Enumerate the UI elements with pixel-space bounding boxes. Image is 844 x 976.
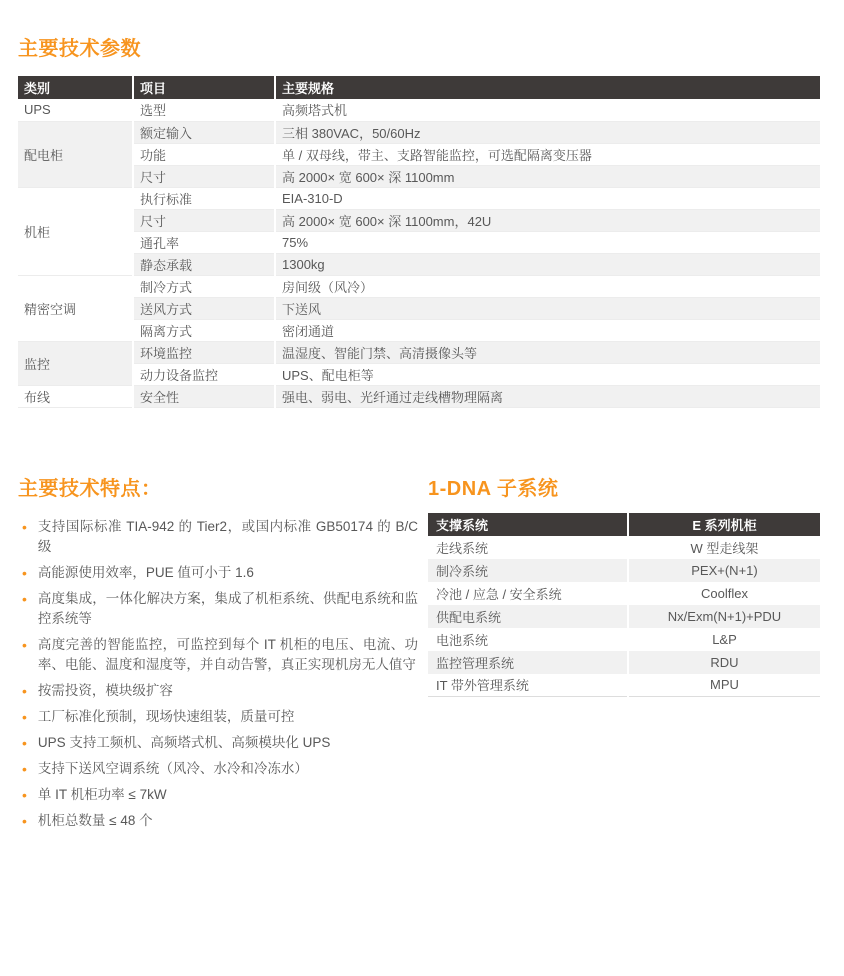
subsystem-section-title: 1-DNA 子系统 <box>428 472 820 501</box>
subsystem-value-cell: Coolflex <box>628 582 820 605</box>
table-row: 供配电系统 Nx/Exm(N+1)+PDU <box>428 605 820 628</box>
subsystem-value-cell: W 型走线架 <box>628 536 820 559</box>
list-item: • 高度完善的智能监控，可监控到每个 IT 机柜的电压、电流、功率、电能、温度和… <box>18 635 418 675</box>
subsystem-header-series: E 系列机柜 <box>628 513 820 536</box>
spec-cell: UPS、配电柜等 <box>275 363 820 385</box>
subsystem-name-cell: 供配电系统 <box>428 605 628 628</box>
item-cell: 静态承载 <box>133 253 275 275</box>
spec-cell: 高 2000× 宽 600× 深 1100mm <box>275 165 820 187</box>
spec-cell: 房间级（风冷） <box>275 275 820 297</box>
features-section-title: 主要技术特点： <box>18 472 418 501</box>
category-cell-power-dist: 配电柜 <box>18 121 133 187</box>
table-row: 隔离方式 密闭通道 <box>18 319 820 341</box>
item-cell: 制冷方式 <box>133 275 275 297</box>
table-row: 冷池 / 应急 / 安全系统 Coolflex <box>428 582 820 605</box>
category-cell-rack: 机柜 <box>18 187 133 275</box>
feature-text: 按需投资，模块级扩容 <box>38 681 418 701</box>
bullet-icon: • <box>18 635 27 675</box>
item-cell: 送风方式 <box>133 297 275 319</box>
specs-header-category: 类别 <box>18 76 133 99</box>
list-item: • 支持国际标准 TIA-942 的 Tier2，或国内标准 GB50174 的… <box>18 517 418 557</box>
feature-text: 支持下送风空调系统（风冷、水冷和冷冻水） <box>38 759 418 779</box>
table-row: 制冷系统 PEX+(N+1) <box>428 559 820 582</box>
table-row: 监控 环境监控 温湿度、智能门禁、高清摄像头等 <box>18 341 820 363</box>
item-cell: 环境监控 <box>133 341 275 363</box>
feature-text: 高度集成，一体化解决方案，集成了机柜系统、供配电系统和监控系统等 <box>38 589 418 629</box>
subsystem-name-cell: 走线系统 <box>428 536 628 559</box>
feature-text: 工厂标准化预制，现场快速组装，质量可控 <box>38 707 418 727</box>
table-row: 布线 安全性 强电、弱电、光纤通过走线槽物理隔离 <box>18 385 820 407</box>
table-row: 走线系统 W 型走线架 <box>428 536 820 559</box>
feature-text: 高能源使用效率，PUE 值可小于 1.6 <box>38 563 418 583</box>
spec-cell: 密闭通道 <box>275 319 820 341</box>
item-cell: 安全性 <box>133 385 275 407</box>
list-item: • 支持下送风空调系统（风冷、水冷和冷冻水） <box>18 759 418 779</box>
specs-table: 类别 项目 主要规格 UPS 选型 高频塔式机 配电柜 额定输入 三相 380V… <box>18 76 820 408</box>
spec-cell: 单 / 双母线，带主、支路智能监控，可选配隔离变压器 <box>275 143 820 165</box>
spec-cell: 三相 380VAC，50/60Hz <box>275 121 820 143</box>
subsystem-value-cell: PEX+(N+1) <box>628 559 820 582</box>
table-row: 监控管理系统 RDU <box>428 651 820 674</box>
bottom-two-column-area: 主要技术特点： • 支持国际标准 TIA-942 的 Tier2，或国内标准 G… <box>18 472 820 837</box>
bullet-icon: • <box>18 589 27 629</box>
table-row: 精密空调 制冷方式 房间级（风冷） <box>18 275 820 297</box>
spec-cell: 75% <box>275 231 820 253</box>
subsystem-name-cell: 制冷系统 <box>428 559 628 582</box>
list-item: • 高度集成，一体化解决方案，集成了机柜系统、供配电系统和监控系统等 <box>18 589 418 629</box>
item-cell: 额定输入 <box>133 121 275 143</box>
bullet-icon: • <box>18 681 27 701</box>
subsystem-value-cell: L&P <box>628 628 820 651</box>
subsystem-value-cell: RDU <box>628 651 820 674</box>
subsystem-value-cell: Nx/Exm(N+1)+PDU <box>628 605 820 628</box>
specs-header-row: 类别 项目 主要规格 <box>18 76 820 99</box>
category-cell-ups: UPS <box>18 99 133 121</box>
subsystem-table: 支撑系统 E 系列机柜 走线系统 W 型走线架 制冷系统 PEX+(N+1) 冷… <box>428 513 820 698</box>
spec-cell: 温湿度、智能门禁、高清摄像头等 <box>275 341 820 363</box>
spec-cell: 1300kg <box>275 253 820 275</box>
table-row: 动力设备监控 UPS、配电柜等 <box>18 363 820 385</box>
features-column: 主要技术特点： • 支持国际标准 TIA-942 的 Tier2，或国内标准 G… <box>18 472 418 837</box>
subsystem-name-cell: 电池系统 <box>428 628 628 651</box>
specs-header-item: 项目 <box>133 76 275 99</box>
list-item: • 工厂标准化预制，现场快速组装，质量可控 <box>18 707 418 727</box>
spec-cell: 高频塔式机 <box>275 99 820 121</box>
features-list: • 支持国际标准 TIA-942 的 Tier2，或国内标准 GB50174 的… <box>18 517 418 831</box>
list-item: • 机柜总数量 ≤ 48 个 <box>18 811 418 831</box>
bullet-icon: • <box>18 733 27 753</box>
table-row: 电池系统 L&P <box>428 628 820 651</box>
table-row: 静态承载 1300kg <box>18 253 820 275</box>
bullet-icon: • <box>18 563 27 583</box>
spec-cell: 强电、弱电、光纤通过走线槽物理隔离 <box>275 385 820 407</box>
table-row: 通孔率 75% <box>18 231 820 253</box>
feature-text: 高度完善的智能监控，可监控到每个 IT 机柜的电压、电流、功率、电能、温度和湿度… <box>38 635 418 675</box>
subsystem-header-support: 支撑系统 <box>428 513 628 536</box>
spec-cell: 下送风 <box>275 297 820 319</box>
bullet-icon: • <box>18 707 27 727</box>
table-row: 送风方式 下送风 <box>18 297 820 319</box>
item-cell: 尺寸 <box>133 209 275 231</box>
table-row: 配电柜 额定输入 三相 380VAC，50/60Hz <box>18 121 820 143</box>
subsystem-column: 1-DNA 子系统 支撑系统 E 系列机柜 走线系统 W 型走线架 制冷系统 <box>428 472 820 837</box>
table-row: IT 带外管理系统 MPU <box>428 674 820 697</box>
category-cell-cabling: 布线 <box>18 385 133 407</box>
item-cell: 隔离方式 <box>133 319 275 341</box>
item-cell: 功能 <box>133 143 275 165</box>
table-row: 尺寸 高 2000× 宽 600× 深 1100mm <box>18 165 820 187</box>
specs-header-spec: 主要规格 <box>275 76 820 99</box>
bullet-icon: • <box>18 811 27 831</box>
item-cell: 通孔率 <box>133 231 275 253</box>
item-cell: 尺寸 <box>133 165 275 187</box>
feature-text: 机柜总数量 ≤ 48 个 <box>38 811 418 831</box>
subsystem-header-row: 支撑系统 E 系列机柜 <box>428 513 820 536</box>
table-row: 尺寸 高 2000× 宽 600× 深 1100mm，42U <box>18 209 820 231</box>
table-row: UPS 选型 高频塔式机 <box>18 99 820 121</box>
table-row: 机柜 执行标准 EIA-310-D <box>18 187 820 209</box>
subsystem-name-cell: 监控管理系统 <box>428 651 628 674</box>
feature-text: 支持国际标准 TIA-942 的 Tier2，或国内标准 GB50174 的 B… <box>38 517 418 557</box>
subsystem-name-cell: IT 带外管理系统 <box>428 674 628 697</box>
bullet-icon: • <box>18 785 27 805</box>
category-cell-monitoring: 监控 <box>18 341 133 385</box>
list-item: • 单 IT 机柜功率 ≤ 7kW <box>18 785 418 805</box>
feature-text: 单 IT 机柜功率 ≤ 7kW <box>38 785 418 805</box>
feature-text: UPS 支持工频机、高频塔式机、高频模块化 UPS <box>38 733 418 753</box>
bullet-icon: • <box>18 759 27 779</box>
datasheet-page: 主要技术参数 类别 项目 主要规格 UPS 选型 高频塔式机 配电柜 额定输入 … <box>0 0 844 837</box>
list-item: • 高能源使用效率，PUE 值可小于 1.6 <box>18 563 418 583</box>
table-row: 功能 单 / 双母线，带主、支路智能监控，可选配隔离变压器 <box>18 143 820 165</box>
list-item: • 按需投资，模块级扩容 <box>18 681 418 701</box>
bullet-icon: • <box>18 517 27 557</box>
spec-cell: 高 2000× 宽 600× 深 1100mm，42U <box>275 209 820 231</box>
category-cell-precision-ac: 精密空调 <box>18 275 133 341</box>
spec-cell: EIA-310-D <box>275 187 820 209</box>
item-cell: 动力设备监控 <box>133 363 275 385</box>
subsystem-name-cell: 冷池 / 应急 / 安全系统 <box>428 582 628 605</box>
item-cell: 选型 <box>133 99 275 121</box>
specs-section-title: 主要技术参数 <box>18 32 820 61</box>
subsystem-value-cell: MPU <box>628 674 820 697</box>
item-cell: 执行标准 <box>133 187 275 209</box>
list-item: • UPS 支持工频机、高频塔式机、高频模块化 UPS <box>18 733 418 753</box>
